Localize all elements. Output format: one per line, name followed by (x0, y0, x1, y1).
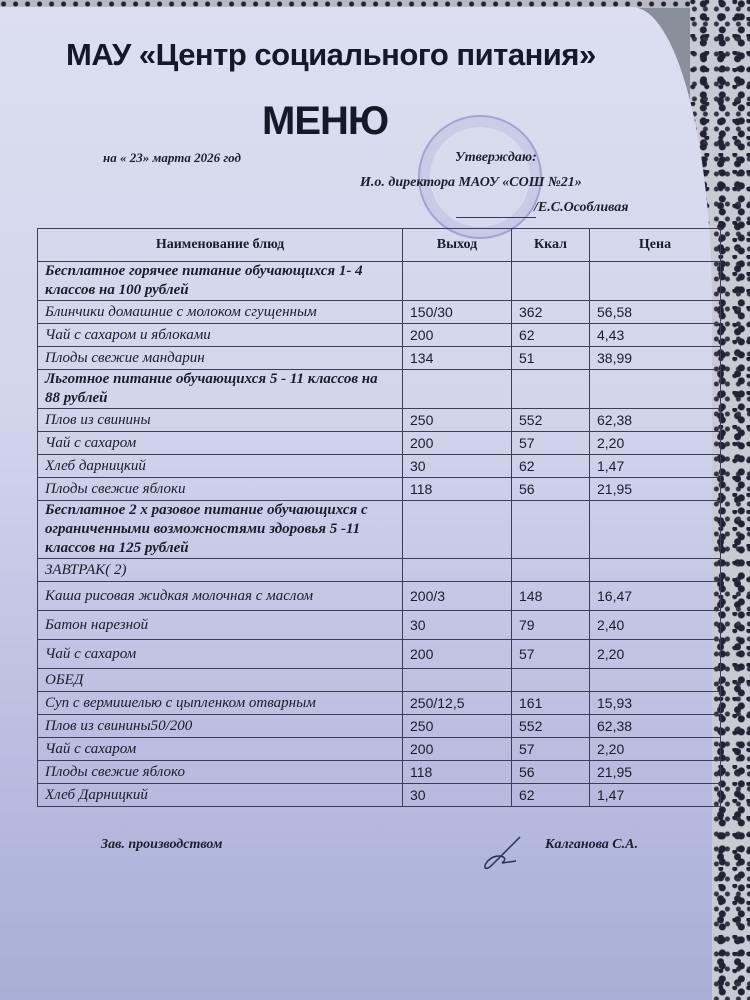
table-row: Хлеб Дарницкий30621,47 (38, 784, 721, 807)
dish-output: 30 (403, 784, 512, 807)
dish-output: 118 (403, 761, 512, 784)
empty-cell (590, 669, 721, 692)
empty-cell (512, 501, 590, 559)
meal-title: ЗАВТРАК( 2) (38, 559, 403, 582)
dish-output: 200 (403, 738, 512, 761)
dish-kcal: 56 (512, 761, 590, 784)
empty-cell (403, 370, 512, 409)
dish-name: Чай с сахаром (38, 640, 403, 669)
table-row: Чай с сахаром200572,20 (38, 738, 721, 761)
dish-name: Каша рисовая жидкая молочная с маслом (38, 582, 403, 611)
table-row: Плоды свежие мандарин1345138,99 (38, 347, 721, 370)
table-row: Плоды свежие яблоко1185621,95 (38, 761, 721, 784)
dish-price: 1,47 (590, 784, 721, 807)
dish-name: Плов из свинины (38, 409, 403, 432)
signature-line (456, 217, 536, 218)
dish-output: 134 (403, 347, 512, 370)
dish-output: 200 (403, 432, 512, 455)
dish-name: Чай с сахаром и яблоками (38, 324, 403, 347)
empty-cell (512, 559, 590, 582)
empty-cell (403, 559, 512, 582)
dish-price: 1,47 (590, 455, 721, 478)
dish-price: 2,20 (590, 640, 721, 669)
section-row: Льготное питание обучающихся 5 - 11 клас… (38, 370, 721, 409)
menu-sheet: МАУ «Центр социального питания» МЕНЮ на … (0, 7, 712, 1000)
dish-kcal: 552 (512, 715, 590, 738)
empty-cell (590, 262, 721, 301)
dish-price: 15,93 (590, 692, 721, 715)
section-row: ЗАВТРАК( 2) (38, 559, 721, 582)
table-row: Хлеб дарницкий30621,47 (38, 455, 721, 478)
dish-kcal: 56 (512, 478, 590, 501)
dish-price: 4,43 (590, 324, 721, 347)
empty-cell (403, 669, 512, 692)
dish-name: Чай с сахаром (38, 738, 403, 761)
dish-output: 250 (403, 715, 512, 738)
dish-output: 118 (403, 478, 512, 501)
dish-price: 2,20 (590, 738, 721, 761)
dish-output: 200/3 (403, 582, 512, 611)
table-header-row: Наименование блюд Выход Ккал Цена (38, 229, 721, 262)
empty-cell (512, 669, 590, 692)
dish-kcal: 57 (512, 738, 590, 761)
dish-name: Хлеб дарницкий (38, 455, 403, 478)
dish-name: Блинчики домашние с молоком сгущенным (38, 301, 403, 324)
empty-cell (512, 370, 590, 409)
table-row: Каша рисовая жидкая молочная с маслом200… (38, 582, 721, 611)
dish-price: 62,38 (590, 409, 721, 432)
approver-position: И.о. директора МАОУ «СОШ №21» (360, 175, 582, 191)
empty-cell (590, 370, 721, 409)
table-row: Плов из свинины25055262,38 (38, 409, 721, 432)
column-header-output: Выход (403, 229, 512, 262)
table-row: Суп с вермишелью с цыпленком отварным250… (38, 692, 721, 715)
column-header-dish: Наименование блюд (38, 229, 403, 262)
empty-cell (403, 501, 512, 559)
section-row: ОБЕД (38, 669, 721, 692)
dish-kcal: 148 (512, 582, 590, 611)
table-row: Батон нарезной30792,40 (38, 611, 721, 640)
empty-cell (590, 559, 721, 582)
footer-position: Зав. производством (101, 837, 222, 853)
column-header-price: Цена (590, 229, 721, 262)
dish-kcal: 362 (512, 301, 590, 324)
dish-output: 250/12,5 (403, 692, 512, 715)
dish-kcal: 79 (512, 611, 590, 640)
table-row: Плов из свинины50/20025055262,38 (38, 715, 721, 738)
table-row: Чай с сахаром200572,20 (38, 432, 721, 455)
dish-kcal: 62 (512, 455, 590, 478)
meal-title: ОБЕД (38, 669, 403, 692)
dish-output: 150/30 (403, 301, 512, 324)
dish-price: 21,95 (590, 761, 721, 784)
column-header-kcal: Ккал (512, 229, 590, 262)
section-title: Бесплатное 2 х разовое питание обучающих… (38, 501, 403, 559)
signature-icon (480, 835, 530, 875)
dish-output: 30 (403, 611, 512, 640)
dish-kcal: 62 (512, 324, 590, 347)
dish-price: 2,40 (590, 611, 721, 640)
dish-output: 250 (403, 409, 512, 432)
dish-price: 2,20 (590, 432, 721, 455)
dish-name: Батон нарезной (38, 611, 403, 640)
dish-name: Плов из свинины50/200 (38, 715, 403, 738)
dish-kcal: 552 (512, 409, 590, 432)
dish-output: 30 (403, 455, 512, 478)
footer-name: Калганова С.А. (545, 837, 638, 853)
dish-name: Чай с сахаром (38, 432, 403, 455)
dish-kcal: 62 (512, 784, 590, 807)
approver-name: /Е.С.Особливая (534, 200, 629, 216)
table-row: Плоды свежие яблоки1185621,95 (38, 478, 721, 501)
dish-kcal: 51 (512, 347, 590, 370)
menu-table: Наименование блюд Выход Ккал Цена Беспла… (37, 228, 721, 807)
table-row: Чай с сахаром и яблоками200624,43 (38, 324, 721, 347)
section-row: Бесплатное горячее питание обучающихся 1… (38, 262, 721, 301)
empty-cell (403, 262, 512, 301)
dish-name: Плоды свежие мандарин (38, 347, 403, 370)
dish-kcal: 161 (512, 692, 590, 715)
dish-price: 62,38 (590, 715, 721, 738)
section-title: Льготное питание обучающихся 5 - 11 клас… (38, 370, 403, 409)
dish-output: 200 (403, 324, 512, 347)
section-row: Бесплатное 2 х разовое питание обучающих… (38, 501, 721, 559)
dish-kcal: 57 (512, 640, 590, 669)
organization-title: МАУ «Центр социального питания» (66, 37, 666, 73)
dish-name: Плоды свежие яблоко (38, 761, 403, 784)
approval-label: Утверждаю: (455, 150, 537, 166)
document-title: МЕНЮ (262, 99, 388, 144)
section-title: Бесплатное горячее питание обучающихся 1… (38, 262, 403, 301)
dish-name: Суп с вермишелью с цыпленком отварным (38, 692, 403, 715)
menu-date: на « 23» марта 2026 год (103, 150, 241, 166)
dish-name: Хлеб Дарницкий (38, 784, 403, 807)
dish-price: 56,58 (590, 301, 721, 324)
dish-price: 38,99 (590, 347, 721, 370)
table-row: Блинчики домашние с молоком сгущенным150… (38, 301, 721, 324)
dish-output: 200 (403, 640, 512, 669)
menu-table-body: Бесплатное горячее питание обучающихся 1… (38, 262, 721, 807)
empty-cell (590, 501, 721, 559)
table-row: Чай с сахаром200572,20 (38, 640, 721, 669)
dish-kcal: 57 (512, 432, 590, 455)
dish-name: Плоды свежие яблоки (38, 478, 403, 501)
dish-price: 16,47 (590, 582, 721, 611)
empty-cell (512, 262, 590, 301)
dish-price: 21,95 (590, 478, 721, 501)
